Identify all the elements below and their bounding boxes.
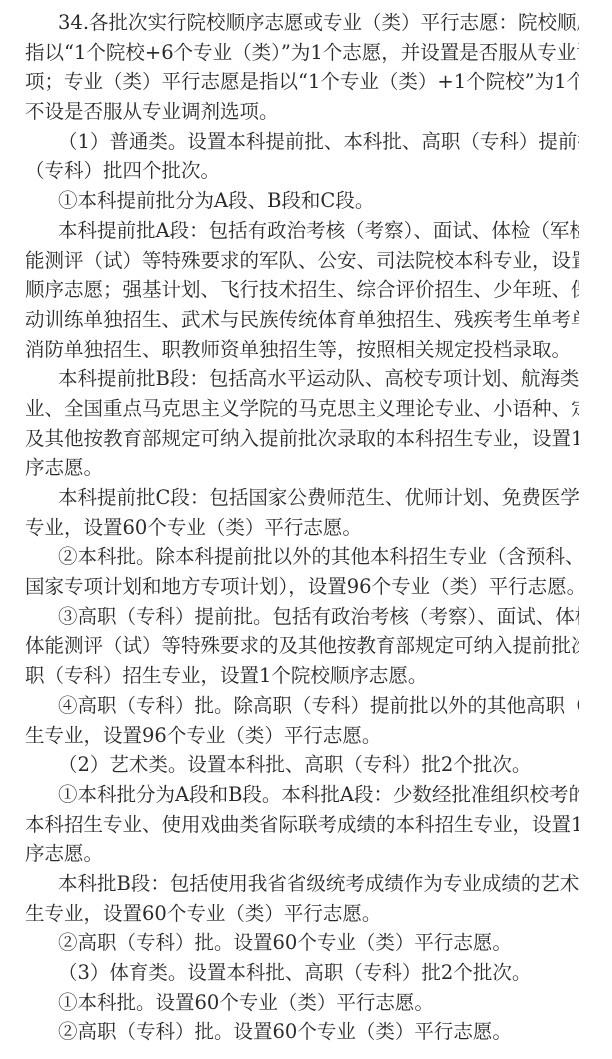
text-line: 消防单独招生、职教师资单独招生等，按照相关规定投档录取。 [25, 335, 579, 365]
text-line: （专科）批四个批次。 [25, 156, 579, 186]
document-body: 34.各批次实行院校顺序志愿或专业（类）平行志愿：院校顺序志愿是 指以“1个院校… [25, 8, 579, 1047]
text-line: 本科批B段：包括使用我省省级统考成绩作为专业成绩的艺术类本科招 [25, 869, 579, 899]
text-line: 指以“1个院校+6个专业（类）”为1个志愿，并设置是否服从专业调剂选 [25, 38, 579, 68]
text-line: 本科提前批C段：包括国家公费师范生、优师计划、免费医学生等本科 [25, 483, 579, 513]
text-line: 项；专业（类）平行志愿是指以“1个专业（类）+1个院校”为1个志愿， [25, 67, 579, 97]
text-line: 34.各批次实行院校顺序志愿或专业（类）平行志愿：院校顺序志愿是 [25, 8, 579, 38]
text-line: 动训练单独招生、武术与民族传统体育单独招生、残疾考生单考单招、应急 [25, 305, 579, 335]
text-line: 不设是否服从专业调剂选项。 [25, 97, 579, 127]
text-line: ①本科提前批分为A段、B段和C段。 [25, 186, 579, 216]
text-line: 本科提前批A段：包括有政治考核（考察）、面试、体检（军检）、体 [25, 216, 579, 246]
text-line: 能测评（试）等特殊要求的军队、公安、司法院校本科专业，设置1个院校 [25, 246, 579, 276]
text-line: 职（专科）招生专业，设置1个院校顺序志愿。 [25, 661, 579, 691]
text-line: 生专业，设置60个专业（类）平行志愿。 [25, 899, 579, 929]
text-line: 专业，设置60个专业（类）平行志愿。 [25, 513, 579, 543]
text-line: ①本科批分为A段和B段。本科批A段：少数经批准组织校考的艺术类 [25, 780, 579, 810]
text-line: ②高职（专科）批。设置60个专业（类）平行志愿。 [25, 1017, 579, 1047]
text-line: 顺序志愿；强基计划、飞行技术招生、综合评价招生、少年班、保送生、运 [25, 275, 579, 305]
text-line: 国家专项计划和地方专项计划），设置96个专业（类）平行志愿。 [25, 572, 579, 602]
text-line: ①本科批。设置60个专业（类）平行志愿。 [25, 988, 579, 1018]
text-line: ②高职（专科）批。设置60个专业（类）平行志愿。 [25, 928, 579, 958]
text-line: 序志愿。 [25, 839, 579, 869]
text-line: 本科提前批B段：包括高水平运动队、高校专项计划、航海类等艰苦专 [25, 364, 579, 394]
text-line: （1）普通类。设置本科提前批、本科批、高职（专科）提前批、高职 [25, 127, 579, 157]
text-line: ④高职（专科）批。除高职（专科）提前批以外的其他高职（专科）招 [25, 691, 579, 721]
text-line: （3）体育类。设置本科批、高职（专科）批2个批次。 [25, 958, 579, 988]
text-line: 本科招生专业、使用戏曲类省际联考成绩的本科招生专业，设置1个院校顺 [25, 810, 579, 840]
text-line: 业、全国重点马克思主义学院的马克思主义理论专业、小语种、定向就业以 [25, 394, 579, 424]
text-line: 生专业，设置96个专业（类）平行志愿。 [25, 721, 579, 751]
text-line: （2）艺术类。设置本科批、高职（专科）批2个批次。 [25, 750, 579, 780]
text-line: ③高职（专科）提前批。包括有政治考核（考察）、面试、体检（军检）、 [25, 602, 579, 632]
text-line: 体能测评（试）等特殊要求的及其他按教育部规定可纳入提前批次录取的高 [25, 631, 579, 661]
text-line: ②本科批。除本科提前批以外的其他本科招生专业（含预科、民族班、 [25, 542, 579, 572]
text-line: 序志愿。 [25, 453, 579, 483]
text-line: 及其他按教育部规定可纳入提前批次录取的本科招生专业，设置1个院校顺 [25, 424, 579, 454]
